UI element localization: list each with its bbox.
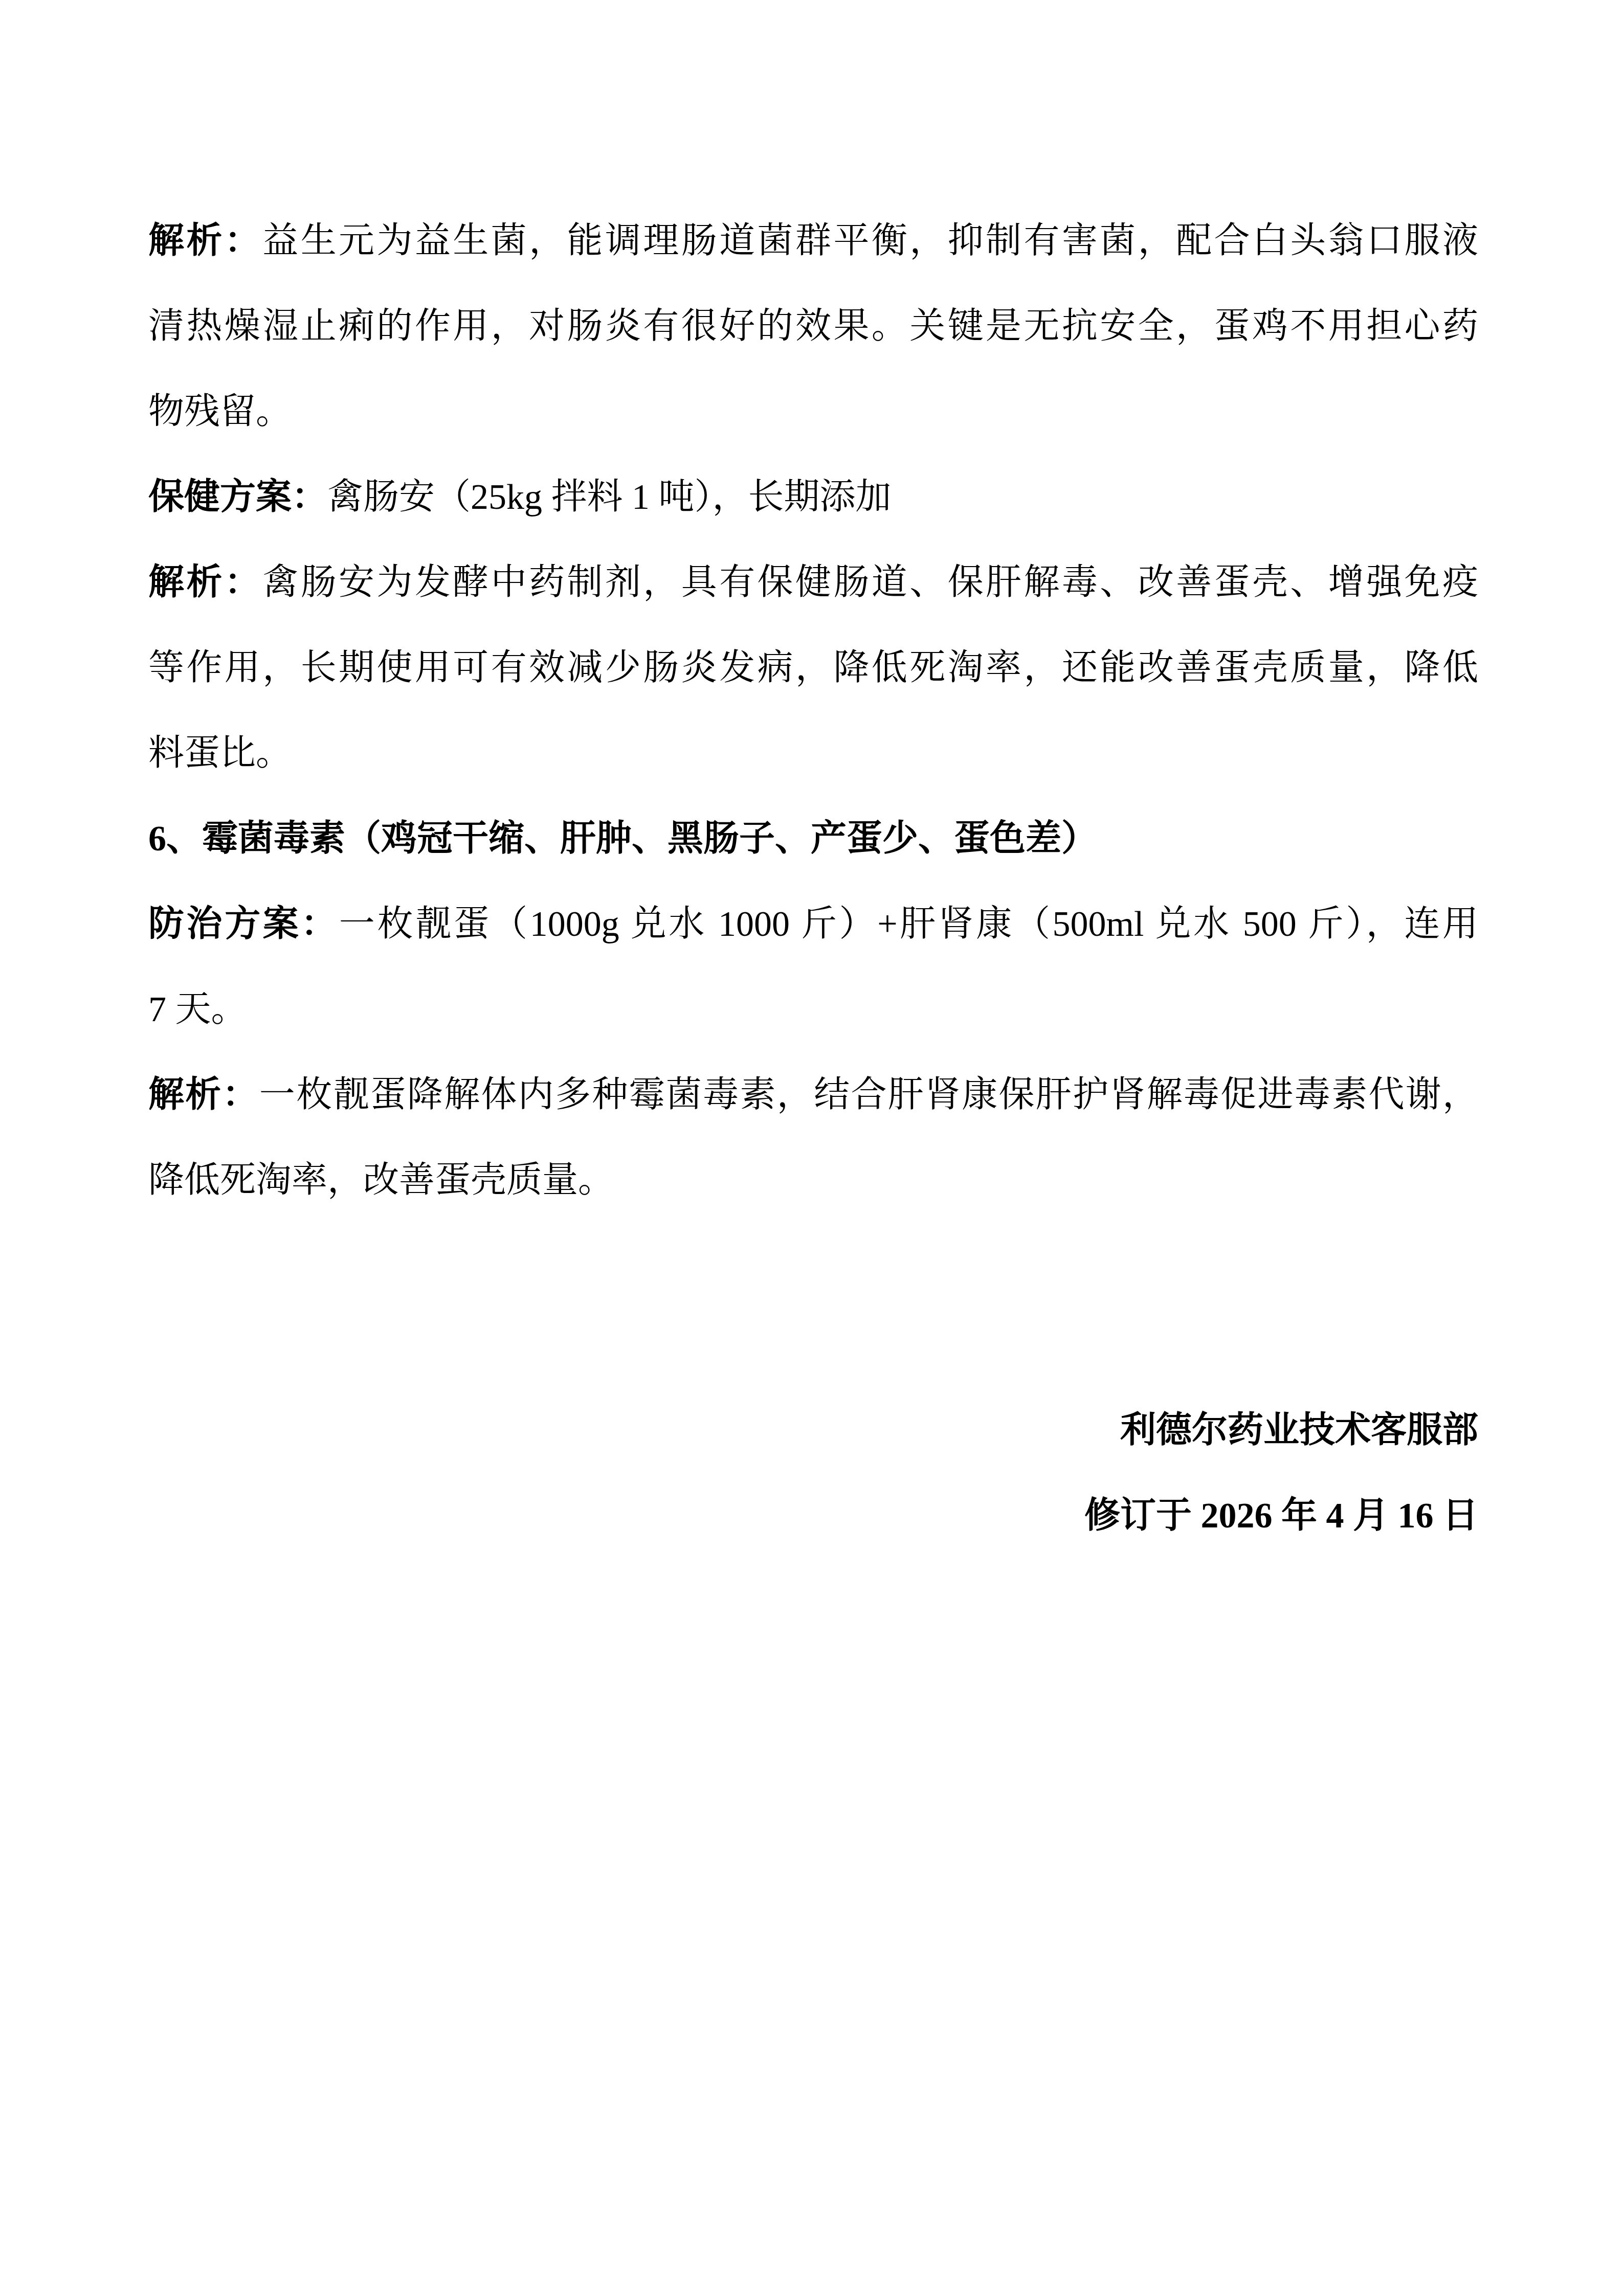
footer-department: 利德尔药业技术客服部: [148, 1388, 1478, 1473]
paragraph-line: 清热燥湿止痢的作用，对肠炎有很好的效果。关键是无抗安全，蛋鸡不用担心药: [148, 284, 1478, 369]
paragraph-line: 等作用，长期使用可有效减少肠炎发病，降低死淘率，还能改善蛋壳质量，降低: [148, 625, 1478, 711]
paragraph-line: 解析：禽肠安为发酵中药制剂，具有保健肠道、保肝解毒、改善蛋壳、增强免疫: [148, 540, 1478, 625]
line-label: 解析：: [148, 563, 262, 602]
line-text: 禽肠安（25kg 拌料 1 吨），长期添加: [327, 478, 892, 517]
line-text: 7 天。: [148, 990, 247, 1029]
line-text: 清热燥湿止痢的作用，对肠炎有很好的效果。关键是无抗安全，蛋鸡不用担心药: [148, 307, 1478, 346]
line-label: 保健方案：: [148, 478, 327, 517]
line-text: 一枚靓蛋降解体内多种霉菌毒素，结合肝肾康保肝护肾解毒促进毒素代谢，: [259, 1075, 1478, 1115]
line-text: 料蛋比。: [148, 734, 292, 773]
line-text: 益生元为益生菌，能调理肠道菌群平衡，抑制有害菌，配合白头翁口服液: [262, 221, 1478, 261]
paragraph-line: 防治方案：一枚靓蛋（1000g 兑水 1000 斤）+肝肾康（500ml 兑水 …: [148, 882, 1478, 967]
line-label: 防治方案：: [148, 905, 339, 944]
paragraph-line: 解析：益生元为益生菌，能调理肠道菌群平衡，抑制有害菌，配合白头翁口服液: [148, 198, 1478, 284]
line-text: 降低死淘率，改善蛋壳质量。: [148, 1161, 614, 1200]
document-body: 解析：益生元为益生菌，能调理肠道菌群平衡，抑制有害菌，配合白头翁口服液 清热燥湿…: [148, 198, 1478, 1223]
document-footer: 利德尔药业技术客服部 修订于 2026 年 4 月 16 日: [148, 1388, 1478, 1559]
line-text: 禽肠安为发酵中药制剂，具有保健肠道、保肝解毒、改善蛋壳、增强免疫: [262, 563, 1478, 602]
paragraph-line: 7 天。: [148, 967, 1478, 1052]
paragraph-line: 料蛋比。: [148, 711, 1478, 796]
paragraph-line: 物残留。: [148, 369, 1478, 455]
line-label: 解析：: [148, 1075, 259, 1115]
paragraph-line: 解析：一枚靓蛋降解体内多种霉菌毒素，结合肝肾康保肝护肾解毒促进毒素代谢，: [148, 1052, 1478, 1138]
line-text: 一枚靓蛋（1000g 兑水 1000 斤）+肝肾康（500ml 兑水 500 斤…: [339, 905, 1478, 944]
footer-revision-date: 修订于 2026 年 4 月 16 日: [148, 1473, 1478, 1559]
section-heading: 6、霉菌毒素（鸡冠干缩、肝肿、黑肠子、产蛋少、蛋色差）: [148, 796, 1478, 882]
line-text: 等作用，长期使用可有效减少肠炎发病，降低死淘率，还能改善蛋壳质量，降低: [148, 648, 1478, 688]
document-page: 解析：益生元为益生菌，能调理肠道菌群平衡，抑制有害菌，配合白头翁口服液 清热燥湿…: [0, 0, 1624, 2296]
line-text: 物残留。: [148, 392, 292, 432]
line-label: 解析：: [148, 221, 262, 261]
heading-text: 6、霉菌毒素（鸡冠干缩、肝肿、黑肠子、产蛋少、蛋色差）: [148, 819, 1097, 859]
paragraph-line: 降低死淘率，改善蛋壳质量。: [148, 1138, 1478, 1223]
paragraph-line: 保健方案：禽肠安（25kg 拌料 1 吨），长期添加: [148, 455, 1478, 540]
